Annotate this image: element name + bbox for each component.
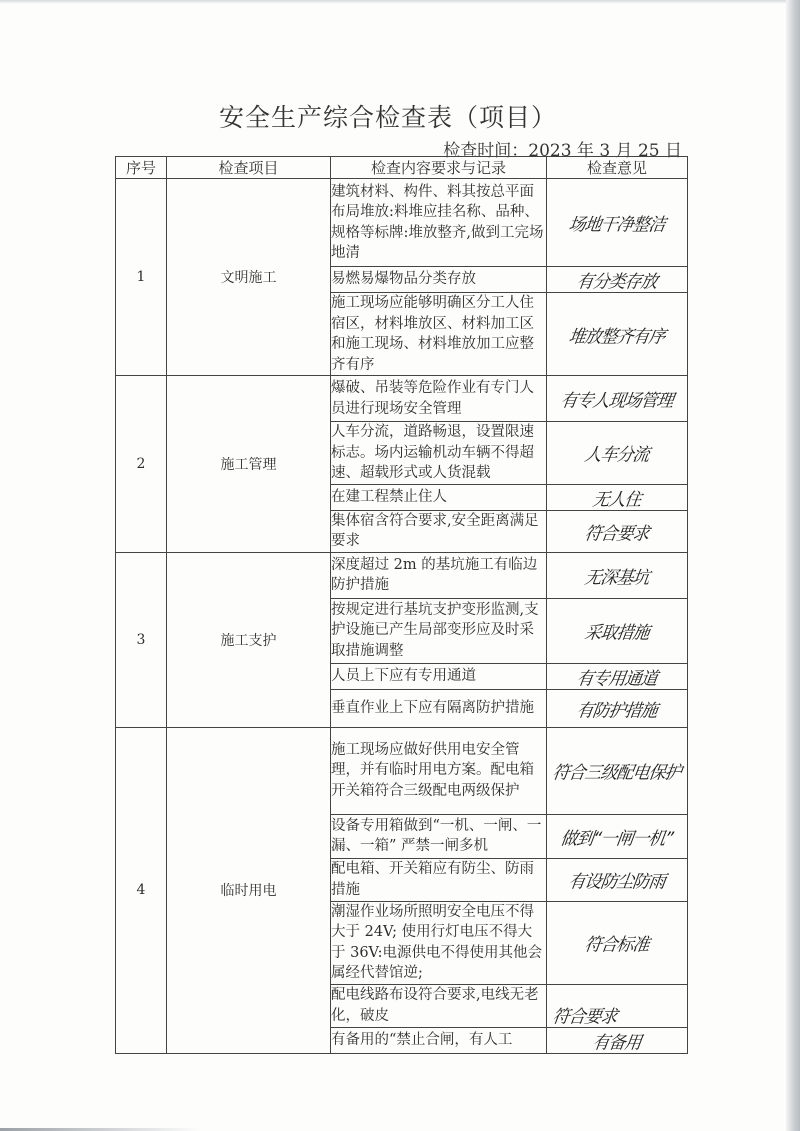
check-content: 爆破、吊装等危险作业有专门人员进行现场安全管理 (331, 376, 547, 422)
handwritten-opinion: 采取措施 (583, 617, 651, 643)
handwritten-opinion: 有备用 (591, 1027, 643, 1053)
check-opinion: 有备用 (547, 1027, 688, 1053)
document-title: 安全生产综合检查表（项目） (0, 98, 800, 134)
handwritten-opinion: 符合要求 (551, 1001, 619, 1027)
check-opinion: 人车分流 (547, 422, 688, 485)
handwritten-opinion: 无深基坑 (583, 562, 651, 588)
table-row: 3 施工支护 深度超过 2m 的基坑施工有临边防护措施 无深基坑 (116, 552, 688, 598)
check-content: 按规定进行基坑支护变形监测,支护设施已产生局部变形应及时采取措施调整 (331, 598, 547, 663)
check-content: 垂直作业上下应有隔离防护措施 (331, 689, 547, 727)
table-row: 4 临时用电 施工现场应做好供用电安全管理，并有临时用电方案。配电箱开关箱符合三… (116, 727, 688, 814)
check-content: 建筑材料、构件、料其按总平面布局堆放:料堆应挂名称、品种、规格等标牌:堆放整齐,… (331, 179, 547, 267)
check-content: 配电箱、开关箱应有防尘、防雨措施 (331, 858, 547, 901)
handwritten-opinion: 做到“一闸一机” (559, 823, 674, 849)
check-opinion: 堆放整齐有序 (547, 293, 688, 376)
check-opinion: 有分类存放 (547, 267, 688, 293)
table-row: 2 施工管理 爆破、吊装等危险作业有专门人员进行现场安全管理 有专人现场管理 (116, 376, 688, 422)
header-item: 检查项目 (167, 157, 331, 179)
check-opinion: 有专人现场管理 (547, 376, 688, 422)
check-opinion: 符合标准 (547, 901, 688, 984)
check-opinion: 无人住 (547, 484, 688, 510)
check-opinion: 无深基坑 (547, 552, 688, 598)
check-content: 易燃易爆物品分类存放 (331, 267, 547, 293)
check-opinion: 有设防尘防雨 (547, 858, 688, 901)
check-opinion: 有专用通道 (547, 663, 688, 689)
handwritten-opinion: 符合标准 (583, 929, 651, 955)
check-content: 配电线路布设符合要求,电线无老化，破皮 (331, 984, 547, 1027)
document-title-text: 安全生产综合检查表（项目） (219, 103, 557, 132)
handwritten-opinion: 有防护措施 (575, 695, 659, 721)
handwritten-opinion: 有设防尘防雨 (567, 866, 667, 892)
handwritten-opinion: 有分类存放 (575, 266, 659, 292)
handwritten-opinion: 有专用通道 (575, 663, 659, 689)
group-seq: 4 (116, 727, 167, 1053)
handwritten-opinion: 符合三级配电保护 (551, 757, 683, 783)
handwritten-opinion: 人车分流 (583, 440, 651, 466)
table-header-row: 序号 检查项目 检查内容要求与记录 检查意见 (116, 157, 688, 179)
handwritten-opinion: 场地干净整洁 (567, 209, 667, 235)
header-opinion: 检查意见 (547, 157, 688, 179)
handwritten-opinion: 有专人现场管理 (559, 385, 675, 411)
check-content: 人员上下应有专用通道 (331, 663, 547, 689)
inspection-table: 序号 检查项目 检查内容要求与记录 检查意见 1 文明施工 建筑材料、构件、料其… (115, 156, 688, 1054)
handwritten-opinion: 堆放整齐有序 (567, 321, 667, 347)
header-content: 检查内容要求与记录 (331, 157, 547, 179)
check-content: 有备用的“禁止合闸，有人工 (331, 1027, 547, 1053)
check-opinion: 有防护措施 (547, 689, 688, 727)
scan-edge-top (0, 0, 800, 4)
check-opinion: 符合三级配电保护 (547, 727, 688, 814)
group-seq: 2 (116, 376, 167, 553)
check-content: 集体宿含符合要求,安全距离满足要求 (331, 510, 547, 552)
group-category: 临时用电 (167, 727, 331, 1053)
check-content: 在建工程禁止住人 (331, 484, 547, 510)
check-opinion: 采取措施 (547, 598, 688, 663)
group-seq: 3 (116, 552, 167, 727)
group-category: 施工管理 (167, 376, 331, 553)
check-opinion: 场地干净整洁 (547, 179, 688, 267)
check-opinion: 做到“一闸一机” (547, 814, 688, 858)
check-content: 施工现场应做好供用电安全管理，并有临时用电方案。配电箱开关箱符合三级配电两级保护 (331, 727, 547, 814)
group-category: 文明施工 (167, 179, 331, 376)
scan-edge-right (786, 0, 800, 1131)
check-content: 设备专用箱做到“一机、一闸、一漏、一箱” 严禁一闸多机 (331, 814, 547, 858)
check-opinion: 符合要求 (547, 984, 688, 1027)
group-category: 施工支护 (167, 552, 331, 727)
check-content: 施工现场应能够明确区分工人住宿区，材料堆放区、材料加工区和施工现场、材料堆放加工… (331, 293, 547, 376)
check-content: 深度超过 2m 的基坑施工有临边防护措施 (331, 552, 547, 598)
header-seq: 序号 (116, 157, 167, 179)
handwritten-opinion: 无人住 (591, 484, 643, 510)
table-row: 1 文明施工 建筑材料、构件、料其按总平面布局堆放:料堆应挂名称、品种、规格等标… (116, 179, 688, 267)
check-content: 潮湿作业场所照明安全电压不得大于 24V; 使用行灯电压不得大于 36V:电源供… (331, 901, 547, 984)
check-opinion: 符合要求 (547, 510, 688, 552)
check-content: 人车分流，道路畅退，设置限速标志。场内运输机动车辆不得超速、超载形式或人货混载 (331, 422, 547, 485)
group-seq: 1 (116, 179, 167, 376)
handwritten-opinion: 符合要求 (583, 518, 651, 544)
